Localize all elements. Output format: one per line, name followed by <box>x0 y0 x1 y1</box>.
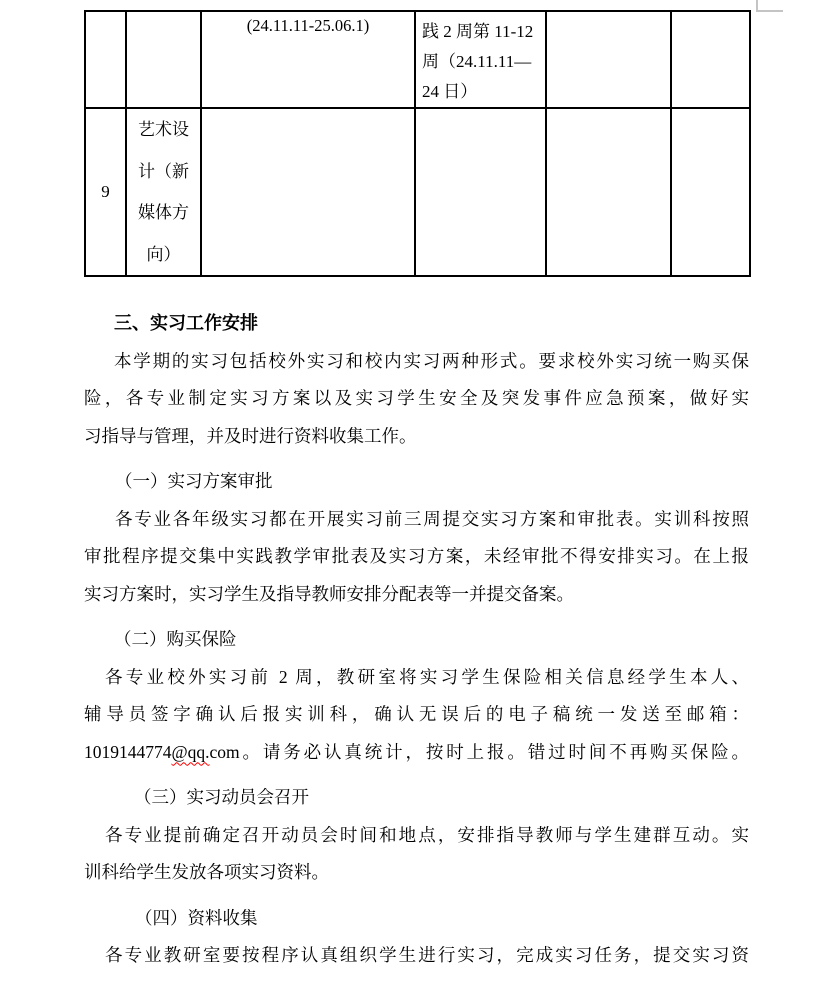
text-segment: 1019144774 <box>84 742 172 762</box>
table-cell-date-range: (24.11.11-25.06.1) <box>201 11 415 108</box>
heading-line: （四）资料收集 <box>84 900 749 938</box>
table-cell-empty <box>201 108 415 276</box>
heading-line: 三、实习工作安排 <box>84 305 749 343</box>
table-cell-empty <box>546 108 671 276</box>
text-line: 辅导员签字确认后报实训科，确认无误后的电子稿统一发送至邮箱： <box>84 696 749 734</box>
text-line: 各专业各年级实习都在开展实习前三周提交实习方案和审批表。实训科按照 <box>84 501 749 539</box>
document-page: (24.11.11-25.06.1) 践 2 周第 11-12 周（24.11.… <box>0 0 832 981</box>
table-cell-empty <box>546 11 671 108</box>
table-cell-empty <box>415 108 546 276</box>
table-cell-empty <box>126 11 201 108</box>
table-cell-row-number: 9 <box>85 108 126 276</box>
table-cell-empty <box>85 11 126 108</box>
text-line: 本学期的实习包括校外实习和校内实习两种形式。要求校外实习统一购买保 <box>84 343 749 381</box>
text-line: 实习方案时，实习学生及指导教师安排分配表等一并提交备案。 <box>84 576 749 614</box>
text-line: 各专业提前确定召开动员会时间和地点，安排指导教师与学生建群互动。实 <box>84 817 749 855</box>
internship-schedule-table: (24.11.11-25.06.1) 践 2 周第 11-12 周（24.11.… <box>84 10 751 277</box>
table-row-9: 9 艺术设 计（新 媒体方 向） <box>85 108 750 276</box>
table-cell-practice-weeks: 践 2 周第 11-12 周（24.11.11— 24 日） <box>415 11 546 108</box>
table-row-continuation: (24.11.11-25.06.1) 践 2 周第 11-12 周（24.11.… <box>85 11 750 108</box>
text-line: 各专业校外实习前 2 周，教研室将实习学生保险相关信息经学生本人、 <box>84 659 749 697</box>
text-line: 1019144774@qq.com。请务必认真统计，按时上报。错过时间不再购买保… <box>84 734 749 772</box>
table-cell-major-name: 艺术设 计（新 媒体方 向） <box>126 108 201 276</box>
text-line: 习指导与管理，并及时进行资料收集工作。 <box>84 418 749 456</box>
table-cell-empty <box>671 11 750 108</box>
text-line: 训科给学生发放各项实习资料。 <box>84 854 749 892</box>
spellcheck-flagged-text: @qq. <box>172 742 210 762</box>
text-line: 审批程序提交集中实践教学审批表及实习方案，未经审批不得安排实习。在上报 <box>84 538 749 576</box>
heading-line: （三）实习动员会召开 <box>84 779 749 817</box>
heading-line: （一）实习方案审批 <box>84 463 749 501</box>
text-segment: com。请务必认真统计，按时上报。错过时间不再购买保险。 <box>210 742 750 762</box>
text-line: 险，各专业制定实习方案以及实习学生安全及突发事件应急预案，做好实 <box>84 380 749 418</box>
margin-mark-horizontal <box>756 10 783 12</box>
text-line: 各专业教研室要按程序认真组织学生进行实习，完成实习任务，提交实习资 <box>84 937 749 975</box>
heading-line: （二）购买保险 <box>84 621 749 659</box>
table-cell-empty <box>671 108 750 276</box>
document-body: 三、实习工作安排本学期的实习包括校外实习和校内实习两种形式。要求校外实习统一购买… <box>84 305 749 975</box>
